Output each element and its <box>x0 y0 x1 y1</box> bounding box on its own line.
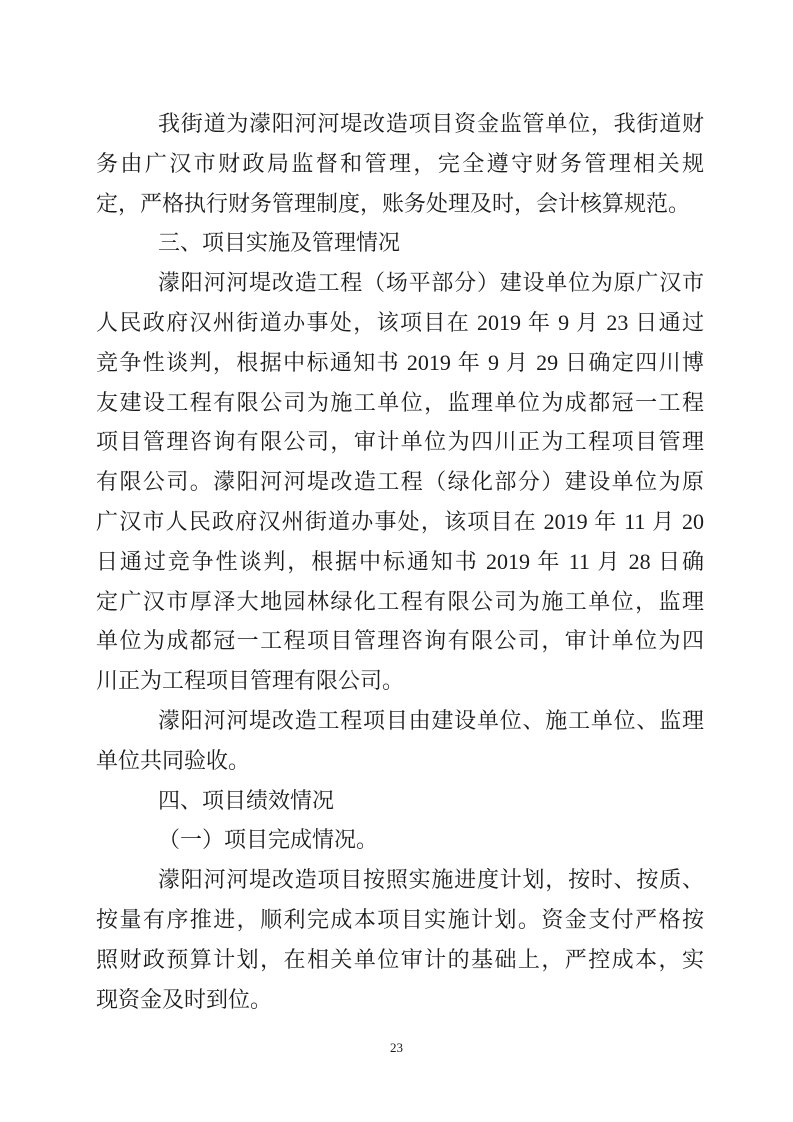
text-line: 定广汉市厚泽大地园林绿化工程有限公司为施工单位，监理 <box>96 582 704 622</box>
section-heading: （一）项目完成情况。 <box>96 820 704 860</box>
text-line: 现资金及时到位。 <box>96 980 704 1020</box>
text-line: 濛阳河河堤改造工程项目由建设单位、施工单位、监理 <box>96 701 704 741</box>
text-line: 单位为成都冠一工程项目管理咨询有限公司，审计单位为四 <box>96 621 704 661</box>
text-line: 单位共同验收。 <box>96 741 704 781</box>
section-heading: 四、项目绩效情况 <box>96 781 704 821</box>
text-line: 濛阳河河堤改造项目按照实施进度计划，按时、按质、 <box>96 860 704 900</box>
page-number: 23 <box>390 1040 403 1055</box>
document-body: 我街道为濛阳河河堤改造项目资金监管单位，我街道财务由广汉市财政局监督和管理，完全… <box>96 104 704 1019</box>
text-line: 定，严格执行财务管理制度，账务处理及时，会计核算规范。 <box>96 184 704 224</box>
document-page: 我街道为濛阳河河堤改造项目资金监管单位，我街道财务由广汉市财政局监督和管理，完全… <box>0 0 793 1122</box>
text-line: 日通过竞争性谈判，根据中标通知书 2019 年 11 月 28 日确 <box>96 542 704 582</box>
page-footer: 23 <box>0 1040 793 1056</box>
text-line: 人民政府汉州街道办事处，该项目在 2019 年 9 月 23 日通过 <box>96 303 704 343</box>
text-line: 项目管理咨询有限公司，审计单位为四川正为工程项目管理 <box>96 422 704 462</box>
section-heading: 三、项目实施及管理情况 <box>96 223 704 263</box>
text-line: 按量有序推进，顺利完成本项目实施计划。资金支付严格按 <box>96 900 704 940</box>
text-line: 友建设工程有限公司为施工单位，监理单位为成都冠一工程 <box>96 383 704 423</box>
text-line: 川正为工程项目管理有限公司。 <box>96 661 704 701</box>
text-line: 务由广汉市财政局监督和管理，完全遵守财务管理相关规 <box>96 144 704 184</box>
text-line: 有限公司。濛阳河河堤改造工程（绿化部分）建设单位为原 <box>96 462 704 502</box>
text-line: 广汉市人民政府汉州街道办事处，该项目在 2019 年 11 月 20 <box>96 502 704 542</box>
text-line: 我街道为濛阳河河堤改造项目资金监管单位，我街道财 <box>96 104 704 144</box>
text-line: 照财政预算计划，在相关单位审计的基础上，严控成本，实 <box>96 940 704 980</box>
text-line: 濛阳河河堤改造工程（场平部分）建设单位为原广汉市 <box>96 263 704 303</box>
text-line: 竞争性谈判，根据中标通知书 2019 年 9 月 29 日确定四川博 <box>96 343 704 383</box>
